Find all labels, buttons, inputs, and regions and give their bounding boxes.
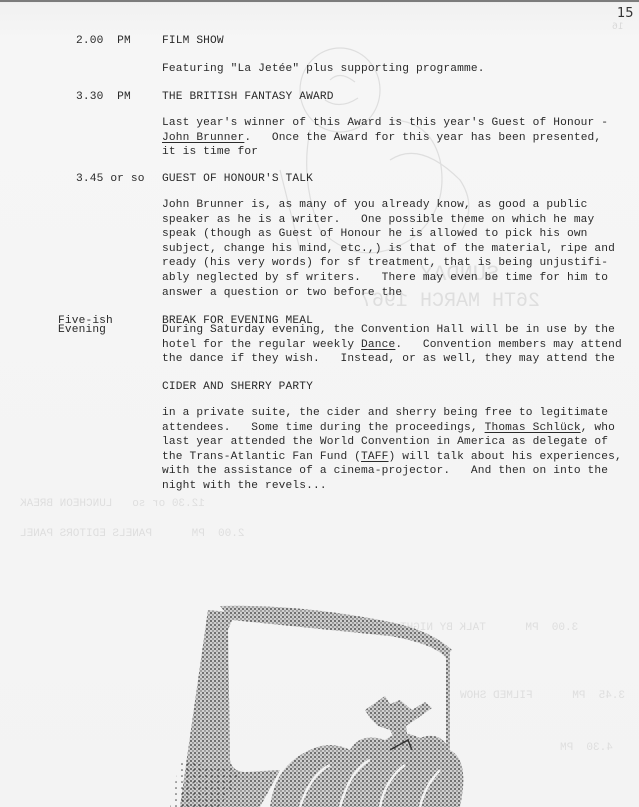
bleed-through-page-number: 16 (612, 22, 623, 32)
heading-cider-sherry: CIDER AND SHERRY PARTY (162, 380, 313, 395)
dance-underlined: Dance (361, 339, 395, 351)
time-film-show: 2.00 PM (76, 34, 131, 49)
illustration (150, 600, 570, 807)
goh-text-line: John Brunner is, as many of you already … (162, 198, 588, 213)
goh-text-line: subject, change his mind, etc.,) is that… (162, 242, 615, 257)
evening-text-fragment: hotel for the regular weekly (162, 339, 361, 351)
film-show-description: Featuring "La Jetée" plus supporting pro… (162, 62, 485, 77)
party-text-line: in a private suite, the cider and sherry… (162, 406, 608, 421)
party-text-line: attendees. Some time during the proceedi… (162, 421, 615, 436)
bleed-through-line: 12.30 or so LUNCHEON BREAK (20, 498, 205, 510)
evening-text-line: the dance if they wish. Instead, or as w… (162, 352, 615, 367)
goh-text-line: speak (though as Guest of Honour he is a… (162, 227, 588, 242)
party-text-line: last year attended the World Convention … (162, 435, 608, 450)
party-text-fragment: the Trans-Atlantic Fan Fund ( (162, 451, 361, 463)
heading-film-show: FILM SHOW (162, 34, 224, 49)
party-text-fragment: ) will talk about his experiences, (389, 451, 622, 463)
page-number: 15 (617, 6, 634, 21)
evening-text-fragment: . Convention members may attend (395, 339, 622, 351)
time-fantasy-award: 3.30 PM (76, 90, 131, 105)
bleed-through-line: 2.00 PM PANELS EDITORS PANEL (20, 528, 244, 540)
scan-edge (0, 0, 639, 2)
time-goh-talk: 3.45 or so (76, 172, 145, 187)
heading-goh-talk: GUEST OF HONOUR'S TALK (162, 172, 313, 187)
name-thomas-schluck: Thomas Schlück (485, 422, 581, 434)
heading-fantasy-award: THE BRITISH FANTASY AWARD (162, 90, 334, 105)
goh-text-line: ready (his very words) for sf treatment,… (162, 256, 608, 271)
time-evening: Evening (58, 323, 106, 338)
party-text-fragment: attendees. Some time during the proceedi… (162, 422, 485, 434)
goh-text-line: speaker as he is a writer. One possible … (162, 213, 594, 228)
award-text-line: Last year's winner of this Award is this… (162, 116, 608, 131)
evening-text-line: During Saturday evening, the Convention … (162, 323, 615, 338)
party-text-line: the Trans-Atlantic Fan Fund (TAFF) will … (162, 450, 622, 465)
goh-text-line: answer a question or two before the (162, 286, 402, 301)
evening-text-line: hotel for the regular weekly Dance. Conv… (162, 338, 622, 353)
award-text-fragment: . Once the Award for this year has been … (244, 132, 601, 144)
party-text-line: with the assistance of a cinema-projecto… (162, 464, 608, 479)
taff-underlined: TAFF (361, 451, 388, 463)
document-page: SUNDAY 26TH MARCH 1967 12.30 or so LUNCH… (0, 0, 639, 807)
goh-text-line: ably neglected by sf writers. There may … (162, 271, 608, 286)
name-john-brunner: John Brunner (162, 132, 244, 144)
award-text-line: John Brunner. Once the Award for this ye… (162, 131, 601, 146)
party-text-fragment: , who (581, 422, 615, 434)
award-text-line: it is time for (162, 145, 258, 160)
party-text-line: night with the revels... (162, 479, 327, 494)
